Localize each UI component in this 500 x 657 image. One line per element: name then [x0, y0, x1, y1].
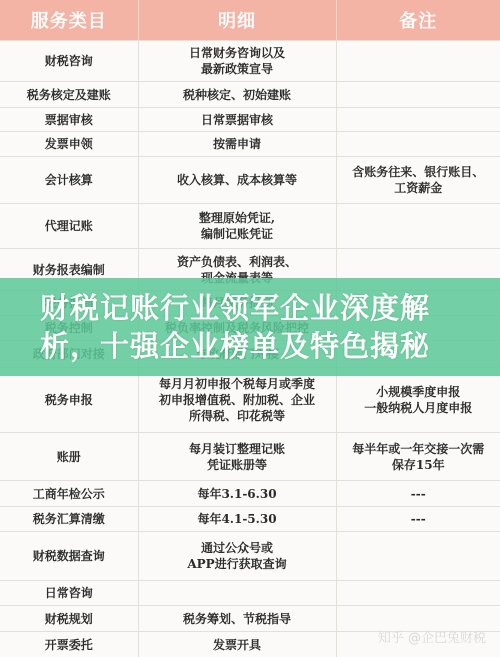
cell-detail: 税种核定、初始建账	[138, 82, 336, 108]
cell-detail: 收入核算、成本核算等	[138, 157, 336, 204]
cell-detail: 通过公众号或 APP进行获取查询	[138, 532, 336, 581]
cell-category: 发票申领	[0, 132, 138, 157]
table-row: 账册每月装订整理记账 凭证账册等每半年或一年交接一次需 保存15年	[0, 433, 500, 481]
cell-note	[336, 108, 500, 132]
table-row: 财税数据查询通过公众号或 APP进行获取查询	[0, 532, 500, 581]
cell-category: 税务核定及建账	[0, 82, 138, 108]
cell-detail: 按需申请	[138, 132, 336, 157]
table-row: 税务汇算清缴每年4.1-5.30---	[0, 507, 500, 532]
cell-detail: 发票开具	[138, 632, 336, 657]
cell-category: 代理记账	[0, 204, 138, 249]
cell-note	[336, 204, 500, 249]
cell-category: 日常咨询	[0, 581, 138, 606]
cell-category: 财税规划	[0, 606, 138, 632]
watermark: 知乎 @企巴兔财税	[378, 627, 486, 646]
cell-note: ---	[336, 507, 500, 532]
table-row: 代理记账整理原始凭证, 编制记账凭证	[0, 204, 500, 249]
cell-note: 含账务往来、银行账目、 工资薪金	[336, 157, 500, 204]
table-row: 税务申报每月月初申报个税每月或季度 初申报增值税、附加税、企业 所得税、印花税等…	[0, 368, 500, 433]
header-category: 服务类目	[0, 0, 138, 41]
cell-note: 小规模季度申报 一般纳税人月度申报	[336, 368, 500, 433]
cell-detail: 每年3.1-6.30	[138, 481, 336, 507]
banner-title: 财税记账行业领军企业深度解析，十强企业榜单及特色揭秘	[40, 289, 460, 365]
cell-detail: 税务筹划、节税指导	[138, 606, 336, 632]
table-header-row: 服务类目 明细 备注	[0, 0, 500, 41]
cell-note	[336, 82, 500, 108]
table-row: 财税咨询日常财务咨询以及 最新政策宣导	[0, 41, 500, 82]
table-row: 税务核定及建账税种核定、初始建账	[0, 82, 500, 108]
cell-category: 工商年检公示	[0, 481, 138, 507]
table-row: 票据审核日常票据审核	[0, 108, 500, 132]
cell-category: 财税咨询	[0, 41, 138, 82]
cell-note	[336, 132, 500, 157]
cell-note: 每半年或一年交接一次需 保存15年	[336, 433, 500, 481]
cell-detail: 日常票据审核	[138, 108, 336, 132]
header-detail: 明细	[138, 0, 336, 41]
cell-category: 会计核算	[0, 157, 138, 204]
title-banner: 财税记账行业领军企业深度解析，十强企业榜单及特色揭秘	[0, 278, 500, 376]
table-row: 工商年检公示每年3.1-6.30---	[0, 481, 500, 507]
cell-detail: 整理原始凭证, 编制记账凭证	[138, 204, 336, 249]
header-note: 备注	[336, 0, 500, 41]
cell-detail: 每月月初申报个税每月或季度 初申报增值税、附加税、企业 所得税、印花税等	[138, 368, 336, 433]
cell-category: 票据审核	[0, 108, 138, 132]
cell-note: ---	[336, 481, 500, 507]
cell-detail: 每月装订整理记账 凭证账册等	[138, 433, 336, 481]
cell-category: 税务汇算清缴	[0, 507, 138, 532]
cell-category: 账册	[0, 433, 138, 481]
cell-note	[336, 581, 500, 606]
cell-detail	[138, 581, 336, 606]
cell-category: 开票委托	[0, 632, 138, 657]
cell-category: 税务申报	[0, 368, 138, 433]
cell-detail: 日常财务咨询以及 最新政策宣导	[138, 41, 336, 82]
table-row: 会计核算收入核算、成本核算等含账务往来、银行账目、 工资薪金	[0, 157, 500, 204]
cell-note	[336, 41, 500, 82]
cell-detail: 每年4.1-5.30	[138, 507, 336, 532]
table-row: 发票申领按需申请	[0, 132, 500, 157]
table-row: 日常咨询	[0, 581, 500, 606]
cell-note	[336, 532, 500, 581]
cell-category: 财税数据查询	[0, 532, 138, 581]
